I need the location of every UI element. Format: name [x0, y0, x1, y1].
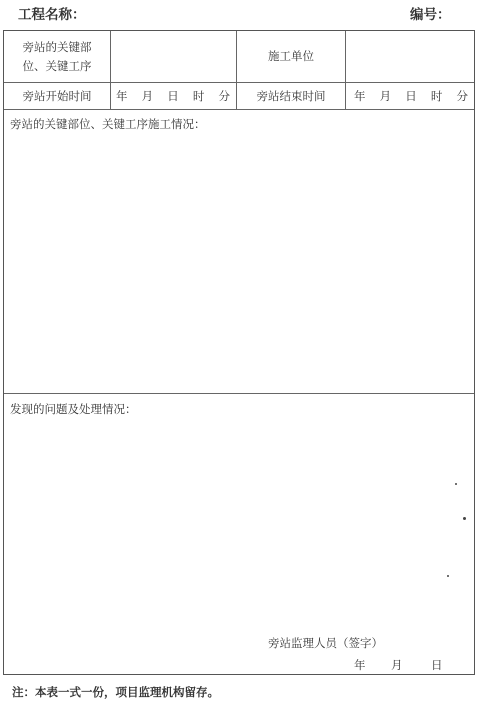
serial-number-label: 编号：	[410, 3, 451, 23]
scan-speck	[463, 517, 466, 520]
signature-date-year: 年	[354, 657, 366, 673]
supervision-form-table: 旁站的关键部位、关键工序 施工单位 旁站开始时间 年 月 日 时 分 旁站结束时…	[3, 30, 475, 675]
scan-speck	[447, 575, 449, 577]
footer-note: 注：本表一式一份，项目监理机构留存。	[12, 684, 219, 700]
start-day-unit: 日	[167, 88, 179, 104]
start-time-label: 旁站开始时间	[4, 83, 110, 109]
construction-status-area[interactable]	[4, 135, 474, 391]
end-time-field[interactable]: 年 月 日 时 分	[354, 83, 468, 109]
signature-date-month: 月	[391, 657, 403, 673]
end-time-label: 旁站结束时间	[237, 83, 345, 109]
issues-area[interactable]	[4, 421, 474, 621]
signature-date-day: 日	[431, 657, 443, 673]
end-minute-unit: 分	[457, 88, 469, 104]
contractor-field[interactable]	[346, 31, 474, 82]
start-year-unit: 年	[116, 88, 128, 104]
start-hour-unit: 时	[193, 88, 205, 104]
contractor-label: 施工单位	[237, 31, 345, 82]
key-part-label: 旁站的关键部位、关键工序	[4, 31, 110, 82]
section-divider	[4, 393, 474, 394]
end-day-unit: 日	[405, 88, 417, 104]
key-part-field[interactable]	[111, 31, 236, 82]
end-hour-unit: 时	[431, 88, 443, 104]
scan-speck	[455, 483, 457, 485]
start-minute-unit: 分	[219, 88, 231, 104]
start-month-unit: 月	[142, 88, 154, 104]
end-month-unit: 月	[380, 88, 392, 104]
project-name-label: 工程名称：	[18, 3, 86, 23]
end-year-unit: 年	[354, 88, 366, 104]
issues-label: 发现的问题及处理情况：	[10, 401, 137, 417]
supervisor-signature-label: 旁站监理人员（签字）	[268, 635, 383, 651]
row-divider-2	[4, 109, 474, 110]
start-time-field[interactable]: 年 月 日 时 分	[116, 83, 230, 109]
construction-status-label: 旁站的关键部位、关键工序施工情况：	[10, 116, 206, 132]
